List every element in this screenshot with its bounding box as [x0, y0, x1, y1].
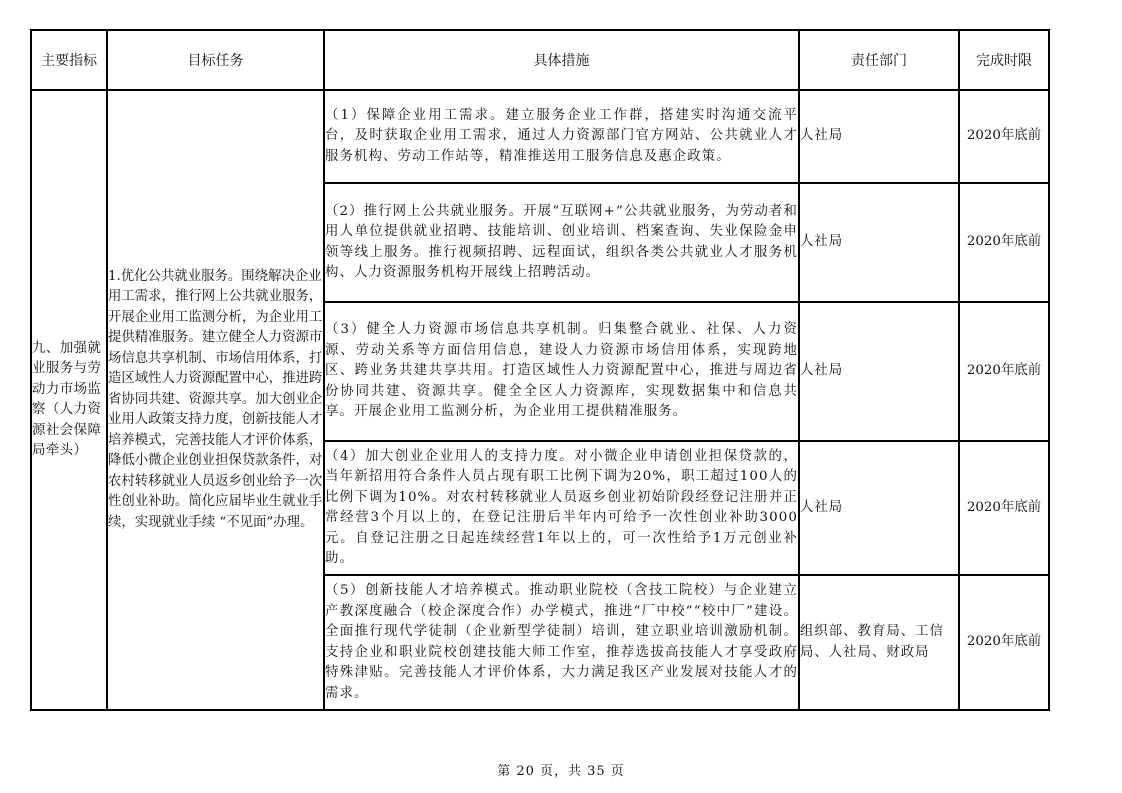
deadline-cell: 2020年底前: [959, 90, 1049, 183]
department-cell: 人社局: [799, 90, 959, 183]
deadline-cell: 2020年底前: [959, 302, 1049, 441]
measure-cell: （2）推行网上公共就业服务。开展“互联网+”公共就业服务，为劳动者和用人单位提供…: [324, 183, 799, 302]
deadline-cell: 2020年底前: [959, 441, 1049, 575]
measure-cell: （3）健全人力资源市场信息共享机制。归集整合就业、社保、人力资源、劳动关系等方面…: [324, 302, 799, 441]
header-indicator: 主要指标: [31, 30, 107, 90]
deadline-cell: 2020年底前: [959, 183, 1049, 302]
header-measures: 具体措施: [324, 30, 799, 90]
measure-cell: （1）保障企业用工需求。建立服务企业工作群，搭建实时沟通交流平台，及时获取企业用…: [324, 90, 799, 183]
department-cell: 人社局: [799, 183, 959, 302]
document-page: 主要指标 目标任务 具体措施 责任部门 完成时限 九、加强就业服务与劳动力市场监…: [0, 0, 1122, 793]
indicator-cell: 九、加强就业服务与劳动力市场监察（人力资源社会保障局牵头）: [31, 90, 107, 710]
task-cell: 1.优化公共就业服务。围绕解决企业用工需求，推行网上公共就业服务，开展企业用工监…: [107, 90, 324, 710]
deadline-cell: 2020年底前: [959, 575, 1049, 710]
measure-cell: （4）加大创业企业用人的支持力度。对小微企业申请创业担保贷款的，当年新招用符合条…: [324, 441, 799, 575]
page-indicator: 第 20 页，共 35 页: [0, 760, 1122, 779]
task-table: 主要指标 目标任务 具体措施 责任部门 完成时限 九、加强就业服务与劳动力市场监…: [30, 29, 1050, 711]
department-cell: 人社局: [799, 302, 959, 441]
header-deadline: 完成时限: [959, 30, 1049, 90]
department-cell: 人社局: [799, 441, 959, 575]
header-task: 目标任务: [107, 30, 324, 90]
measure-cell: （5）创新技能人才培养模式。推动职业院校（含技工院校）与企业建立产教深度融合（校…: [324, 575, 799, 710]
table-header-row: 主要指标 目标任务 具体措施 责任部门 完成时限: [31, 30, 1049, 90]
header-department: 责任部门: [799, 30, 959, 90]
table-row: 九、加强就业服务与劳动力市场监察（人力资源社会保障局牵头） 1.优化公共就业服务…: [31, 90, 1049, 183]
department-cell: 组织部、教育局、工信局、人社局、财政局: [799, 575, 959, 710]
